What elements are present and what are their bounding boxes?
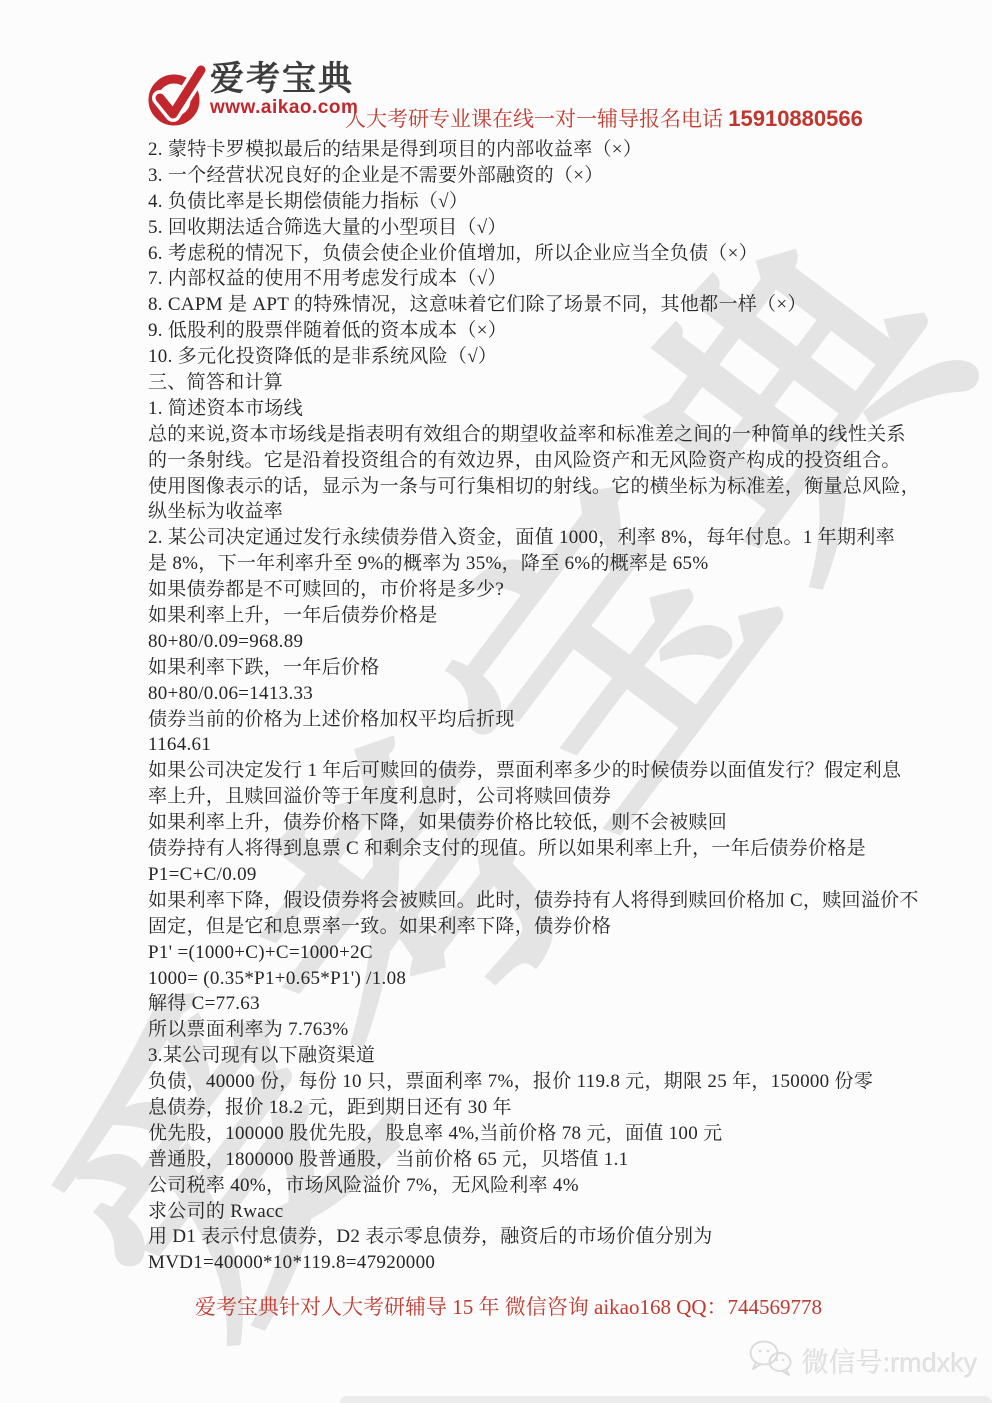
document-line: 使用图像表示的话，显示为一条与可行集相切的射线。它的横坐标为标准差，衡量总风险， — [148, 474, 872, 500]
document-line: 80+80/0.09=968.89 — [148, 629, 872, 655]
document-line: 所以票面利率为 7.763% — [148, 1017, 872, 1043]
document-line: 9. 低股利的股票伴随着低的资本成本（×） — [148, 318, 872, 344]
document-line: 如果利率上升，一年后债券价格是 — [148, 603, 872, 629]
document-line: MVD1=40000*10*119.8=47920000 — [148, 1250, 872, 1276]
document-line: 债券当前的价格为上述价格加权平均后折现 — [148, 707, 872, 733]
wechat-icon — [748, 1338, 794, 1383]
document-line: 4. 负债比率是长期偿债能力指标（√） — [148, 189, 872, 215]
brand-url: www.aikao.com — [210, 98, 358, 118]
document-line: 3.某公司现有以下融资渠道 — [148, 1043, 872, 1069]
document-line: 80+80/0.06=1413.33 — [148, 681, 872, 707]
brand-name: 爱考宝典 — [210, 60, 358, 98]
document-line: P1=C+C/0.09 — [148, 862, 872, 888]
document-line: 10. 多元化投资降低的是非系统风险（√） — [148, 344, 872, 370]
document-line: 1. 简述资本市场线 — [148, 396, 872, 422]
document-line: 的一条射线。它是沿着投资组合的有效边界，由风险资产和无风险资产构成的投资组合。 — [148, 448, 872, 474]
document-line: 率上升，且赎回溢价等于年度利息时，公司将赎回债券 — [148, 784, 872, 810]
document-line: 6. 考虑税的情况下，负债会使企业价值增加，所以企业应当全负债（×） — [148, 241, 872, 267]
document-line: 息债券，报价 18.2 元，距到期日还有 30 年 — [148, 1095, 872, 1121]
document-line: 7. 内部权益的使用不用考虑发行成本（√） — [148, 266, 872, 292]
document-line: 求公司的 Rwacc — [148, 1199, 872, 1225]
document-line: 总的来说,资本市场线是指表明有效组合的期望收益率和标准差之间的一种简单的线性关系 — [148, 422, 872, 448]
document-line: 负债，40000 份，每份 10 只，票面利率 7%，报价 119.8 元，期限… — [148, 1069, 872, 1095]
document-line: 5. 回收期法适合筛选大量的小型项目（√） — [148, 215, 872, 241]
document-line: 3. 一个经营状况良好的企业是不需要外部融资的（×） — [148, 163, 872, 189]
wechat-id-label: 微信号:rmdxky — [802, 1341, 978, 1380]
document-line: 如果公司决定发行 1 年后可赎回的债券，票面利率多少的时候债券以面值发行？假定利… — [148, 758, 872, 784]
document-line: 普通股，1800000 股普通股，当前价格 65 元，贝塔值 1.1 — [148, 1147, 872, 1173]
document-line: 如果利率下降，假设债券将会被赎回。此时，债券持有人将得到赎回价格加 C，赎回溢价… — [148, 888, 872, 914]
document-line: 如果利率下跌，一年后价格 — [148, 655, 872, 681]
document-line: P1' =(1000+C)+C=1000+2C — [148, 940, 872, 966]
document-line: 公司税率 40%，市场风险溢价 7%，无风险利率 4% — [148, 1173, 872, 1199]
document-line: 如果债券都是不可赎回的，市价将是多少? — [148, 577, 872, 603]
tagline-text: 人大考研专业课在线一对一辅导报名电话 — [345, 107, 723, 131]
bottom-strip — [340, 1396, 992, 1403]
document-line: 固定，但是它和息票率一致。如果利率下降，债券价格 — [148, 914, 872, 940]
document-line: 2. 某公司决定通过发行永续债券借入资金，面值 1000，利率 8%，每年付息。… — [148, 525, 872, 551]
logo-text: 爱考宝典 www.aikao.com — [210, 60, 358, 118]
header: 爱考宝典 www.aikao.com 人大考研专业课在线一对一辅导报名电话 15… — [148, 60, 358, 136]
document-line: 用 D1 表示付息债券，D2 表示零息债券，融资后的市场价值分别为 — [148, 1224, 872, 1250]
document-line: 如果利率上升，债券价格下降，如果债券价格比较低，则不会被赎回 — [148, 810, 872, 836]
document-page: 爱考宝典 爱考宝典 www.aikao.com 人大考研专业课在线一对一辅导报名… — [0, 0, 992, 1403]
document-line: 纵坐标为收益率 — [148, 499, 872, 525]
document-line: 1000= (0.35*P1+0.65*P1') /1.08 — [148, 966, 872, 992]
document-line: 解得 C=77.63 — [148, 991, 872, 1017]
document-line: 2. 蒙特卡罗模拟最后的结果是得到项目的内部收益率（×） — [148, 137, 872, 163]
document-body: 2. 蒙特卡罗模拟最后的结果是得到项目的内部收益率（×）3. 一个经营状况良好的… — [148, 137, 872, 1276]
brand-logo: 爱考宝典 www.aikao.com — [148, 60, 358, 130]
document-line: 1164.61 — [148, 732, 872, 758]
header-tagline: 人大考研专业课在线一对一辅导报名电话 15910880566 — [345, 103, 863, 133]
document-line: 是 8%，下一年利率升至 9%的概率为 35%，降至 6%的概率是 65% — [148, 551, 872, 577]
document-line: 债券持有人将得到息票 C 和剩余支付的现值。所以如果利率上升，一年后债券价格是 — [148, 836, 872, 862]
document-line: 8. CAPM 是 APT 的特殊情况，这意味着它们除了场景不同，其他都一样（×… — [148, 292, 872, 318]
check-circle-icon — [148, 60, 206, 130]
phone-number: 15910880566 — [728, 106, 863, 131]
footer-promo: 爱考宝典针对人大考研辅导 15 年 微信咨询 aikao168 QQ：74456… — [195, 1291, 822, 1321]
document-line: 三、简答和计算 — [148, 370, 872, 396]
wechat-badge: 微信号:rmdxky — [748, 1338, 978, 1383]
document-line: 优先股，100000 股优先股，股息率 4%,当前价格 78 元，面值 100 … — [148, 1121, 872, 1147]
